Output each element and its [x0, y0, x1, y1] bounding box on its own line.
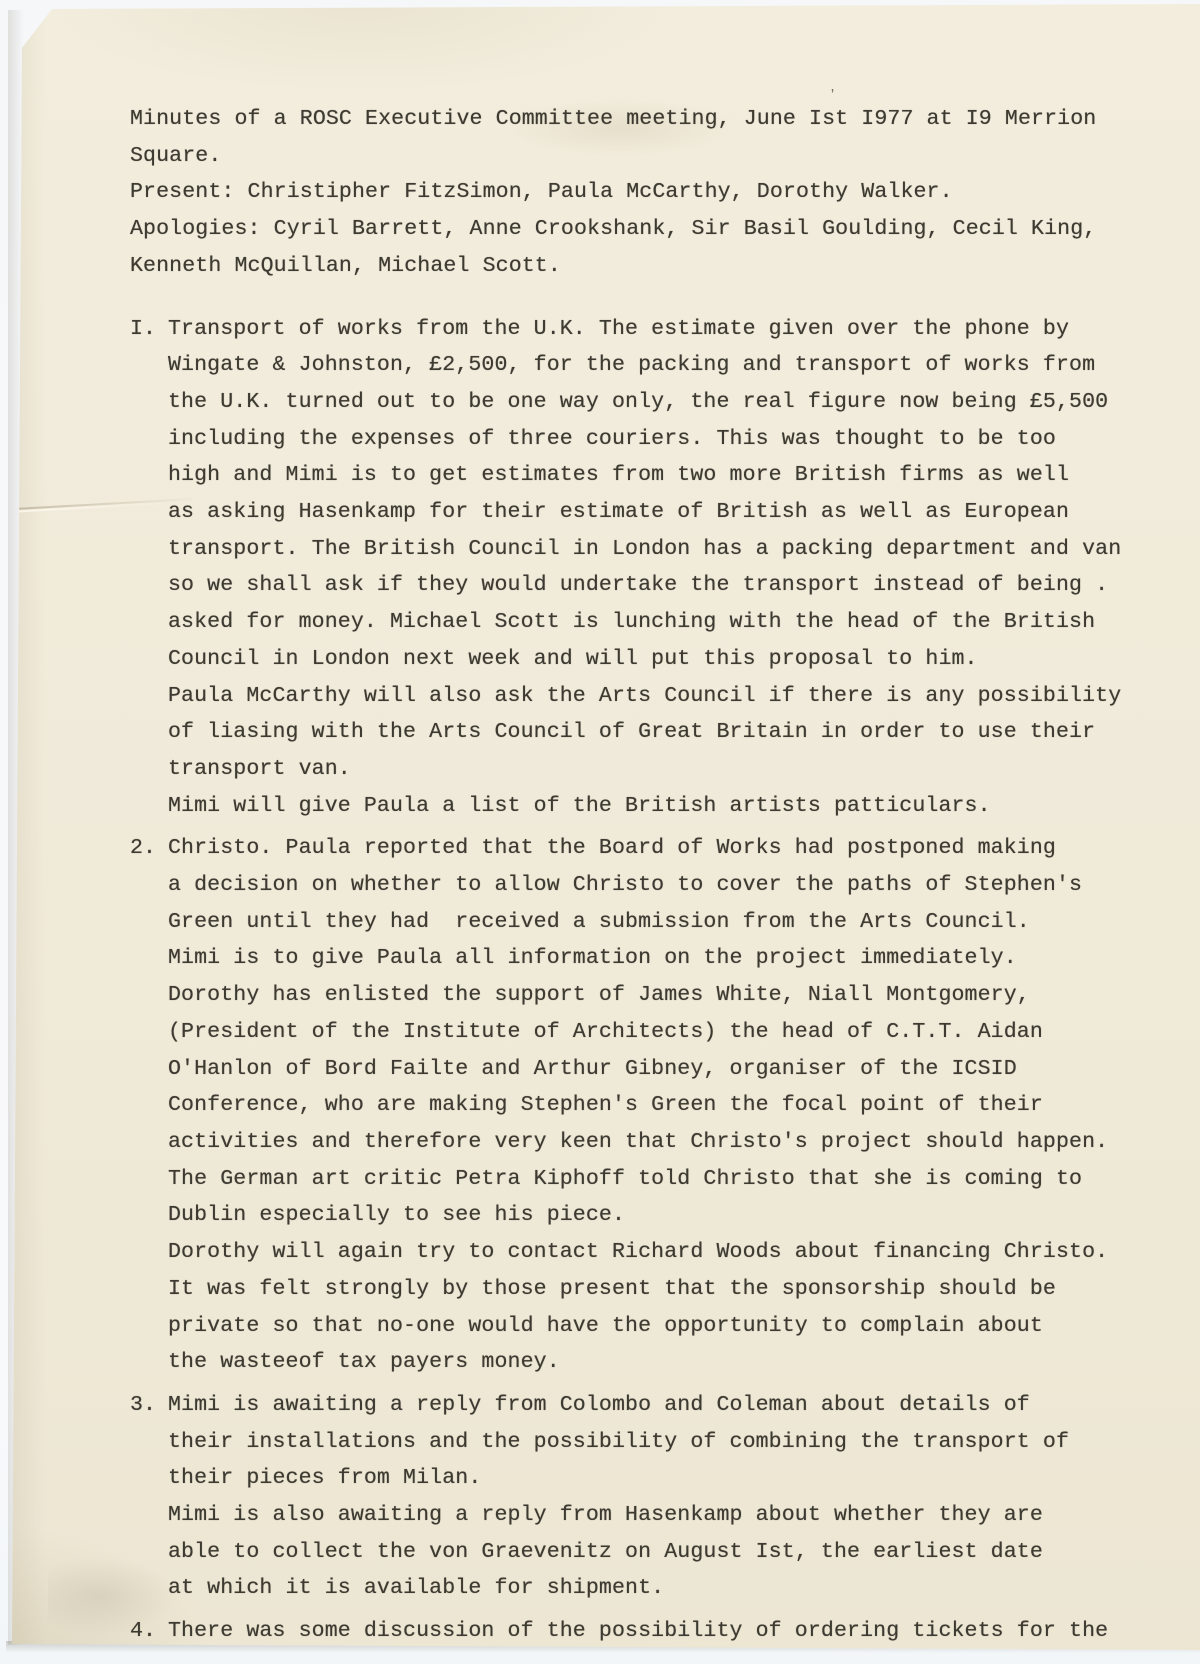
item-line: asked for money. Michael Scott is lunchi…	[130, 604, 1140, 641]
item-line: Dorothy will again try to contact Richar…	[130, 1234, 1140, 1271]
item-line: Green until they had received a submissi…	[130, 904, 1140, 941]
item-text: There was some discussion of the possibi…	[168, 1619, 1108, 1643]
item-line: able to collect the von Graevenitz on Au…	[130, 1534, 1140, 1571]
minutes-item-2: 2.Christo. Paula reported that the Board…	[130, 830, 1140, 1381]
item-line: a decision on whether to allow Christo t…	[130, 867, 1140, 904]
item-text: Transport of works from the U.K. The est…	[168, 317, 1069, 341]
item-line: 3.Mimi is awaiting a reply from Colombo …	[130, 1387, 1140, 1424]
item-line: Mimi will give Paula a list of the Briti…	[130, 788, 1140, 825]
item-line: I.Transport of works from the U.K. The e…	[130, 311, 1140, 348]
item-line: including the expenses of three couriers…	[130, 421, 1140, 458]
item-text: Mimi is awaiting a reply from Colombo an…	[168, 1393, 1030, 1417]
item-line: Mimi is to give Paula all information on…	[130, 940, 1140, 977]
header-line: Kenneth McQuillan, Michael Scott.	[130, 248, 1140, 285]
item-line: Dublin especially to see his piece.	[130, 1197, 1140, 1234]
item-line: 4.There was some discussion of the possi…	[130, 1613, 1140, 1650]
item-line: Council in London next week and will put…	[130, 641, 1140, 678]
item-line: transport van.	[130, 751, 1140, 788]
item-line: of liasing with the Arts Council of Grea…	[130, 714, 1140, 751]
item-number: 3.	[130, 1387, 168, 1424]
item-line: private so that no-one would have the op…	[130, 1308, 1140, 1345]
item-line: 2.Christo. Paula reported that the Board…	[130, 830, 1140, 867]
item-line: their installations and the possibility …	[130, 1424, 1140, 1461]
header-line: Minutes of a ROSC Executive Committee me…	[130, 101, 1140, 138]
header-line: Apologies: Cyril Barrett, Anne Crookshan…	[130, 211, 1140, 248]
item-line: Conference, who are making Stephen's Gre…	[130, 1087, 1140, 1124]
item-line: at which it is available for shipment.	[130, 1570, 1140, 1607]
item-line: O'Hanlon of Bord Failte and Arthur Gibne…	[130, 1051, 1140, 1088]
item-line: It was felt strongly by those present th…	[130, 1271, 1140, 1308]
item-text: Christo. Paula reported that the Board o…	[168, 836, 1056, 860]
item-line: as asking Hasenkamp for their estimate o…	[130, 494, 1140, 531]
item-line: the wasteeof tax payers money.	[130, 1344, 1140, 1381]
item-number: I.	[130, 311, 168, 348]
item-line: their pieces from Milan.	[130, 1460, 1140, 1497]
item-number: 4.	[130, 1613, 168, 1650]
item-line: (President of the Institute of Architect…	[130, 1014, 1140, 1051]
document-page: ʼ Minutes of a ROSC Executive Committee …	[0, 0, 1200, 1664]
item-line: The German art critic Petra Kiphoff told…	[130, 1161, 1140, 1198]
minutes-item-1: I.Transport of works from the U.K. The e…	[130, 311, 1140, 825]
minutes-items: I.Transport of works from the U.K. The e…	[130, 311, 1140, 1650]
item-line: Wingate & Johnston, £2,500, for the pack…	[130, 347, 1140, 384]
item-line: activities and therefore very keen that …	[130, 1124, 1140, 1161]
item-line: Paula McCarthy will also ask the Arts Co…	[130, 678, 1140, 715]
header-line: Square.	[130, 138, 1140, 175]
scan-background: ʼ Minutes of a ROSC Executive Committee …	[0, 0, 1200, 1664]
item-line: Mimi is also awaiting a reply from Hasen…	[130, 1497, 1140, 1534]
item-line: Dorothy has enlisted the support of Jame…	[130, 977, 1140, 1014]
item-number: 2.	[130, 830, 168, 867]
item-line: so we shall ask if they would undertake …	[130, 567, 1140, 604]
item-line: high and Mimi is to get estimates from t…	[130, 457, 1140, 494]
document-header: Minutes of a ROSC Executive Committee me…	[130, 101, 1140, 285]
minutes-item-4: 4.There was some discussion of the possi…	[130, 1613, 1140, 1650]
header-line: Present: Christipher FitzSimon, Paula Mc…	[130, 174, 1140, 211]
minutes-item-3: 3.Mimi is awaiting a reply from Colombo …	[130, 1387, 1140, 1607]
item-line: the U.K. turned out to be one way only, …	[130, 384, 1140, 421]
document-content: Minutes of a ROSC Executive Committee me…	[130, 101, 1140, 1650]
item-line: transport. The British Council in London…	[130, 531, 1140, 568]
